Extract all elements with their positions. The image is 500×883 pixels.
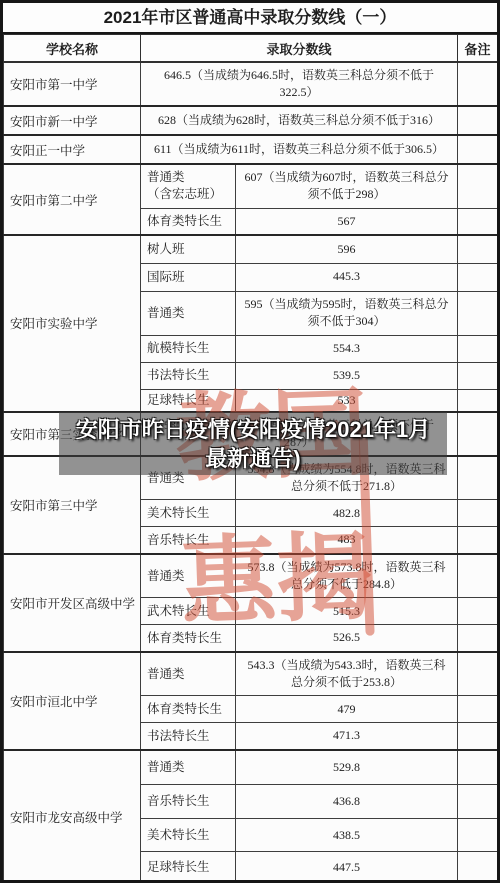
- school-name-cell: 安阳市第二中学: [4, 164, 141, 235]
- score-value-cell: 554.3: [236, 335, 458, 362]
- remark-cell: [458, 106, 498, 135]
- score-value-cell: 483: [236, 527, 458, 554]
- score-value-cell: 479: [236, 696, 458, 723]
- remark-cell: [458, 652, 498, 696]
- category-cell: 体育类特长生: [141, 625, 236, 652]
- category-cell: 体育类特长生: [141, 208, 236, 235]
- category-cell: 书法特长生: [141, 362, 236, 389]
- table-row: 安阳市实验中学树人班596: [4, 235, 498, 263]
- remark-cell: [458, 263, 498, 291]
- remark-cell: [458, 135, 498, 164]
- score-value-cell: 438.5: [236, 819, 458, 852]
- score-value-cell: 471.3: [236, 723, 458, 750]
- score-value-cell: 543.3（当成绩为543.3时，语数英三科 总分须不低于253.8）: [236, 652, 458, 696]
- remark-cell: [458, 852, 498, 883]
- school-name-cell: 安阳市第一中学: [4, 62, 141, 106]
- table-row: 安阳市新一中学628（当成绩为628时，语数英三科总分须不低于316）: [4, 106, 498, 135]
- header-remark: 备注: [458, 35, 498, 63]
- table-row: 安阳市洹北中学普通类543.3（当成绩为543.3时，语数英三科 总分须不低于2…: [4, 652, 498, 696]
- remark-cell: [458, 527, 498, 554]
- remark-cell: [458, 500, 498, 527]
- page-title: 2021年市区普通高中录取分数线（一）: [3, 3, 497, 34]
- remark-cell: [458, 819, 498, 852]
- table-row: 安阳正一中学611（当成绩为611时，语数英三科总分须不低于306.5）: [4, 135, 498, 164]
- remark-cell: [458, 696, 498, 723]
- table-row: 安阳市龙安高级中学普通类529.8: [4, 750, 498, 785]
- header-row: 学校名称 录取分数线 备注: [4, 35, 498, 63]
- category-cell: 普通类: [141, 750, 236, 785]
- header-score: 录取分数线: [141, 35, 458, 63]
- news-headline-banner: 安阳市昨日疫情(安阳疫情2021年1月 最新通告): [59, 412, 447, 475]
- score-table-page: 2021年市区普通高中录取分数线（一） 学校名称 录取分数线 备注 安阳市第一中…: [0, 0, 500, 883]
- score-value-cell: 529.8: [236, 750, 458, 785]
- score-value-cell: 607（当成绩为607时，语数英三科总分 须不低于298）: [236, 164, 458, 208]
- category-cell: 音乐特长生: [141, 785, 236, 819]
- remark-cell: [458, 554, 498, 598]
- school-name-cell: 安阳市开发区高级中学: [4, 554, 141, 652]
- score-value-cell: 539.5: [236, 362, 458, 389]
- banner-line-2: 最新通告): [205, 444, 300, 473]
- category-cell: 普通类: [141, 554, 236, 598]
- score-value-cell: 533: [236, 389, 458, 412]
- category-cell: 普通类: [141, 652, 236, 696]
- score-value-cell: 482.8: [236, 500, 458, 527]
- category-cell: 树人班: [141, 235, 236, 263]
- remark-cell: [458, 785, 498, 819]
- school-name-cell: 安阳市实验中学: [4, 235, 141, 412]
- remark-cell: [458, 335, 498, 362]
- remark-cell: [458, 723, 498, 750]
- category-cell: 航模特长生: [141, 335, 236, 362]
- table-row: 安阳市第二中学普通类 （含宏志班）607（当成绩为607时，语数英三科总分 须不…: [4, 164, 498, 208]
- category-cell: 普通类: [141, 291, 236, 335]
- remark-cell: [458, 291, 498, 335]
- remark-cell: [458, 456, 498, 500]
- school-name-cell: 安阳正一中学: [4, 135, 141, 164]
- school-name-cell: 安阳市洹北中学: [4, 652, 141, 750]
- remark-cell: [458, 750, 498, 785]
- category-cell: 美术特长生: [141, 500, 236, 527]
- table-row: 安阳市开发区高级中学普通类573.8（当成绩为573.8时，语数英三科 总分须不…: [4, 554, 498, 598]
- score-value-cell: 611（当成绩为611时，语数英三科总分须不低于306.5）: [141, 135, 458, 164]
- remark-cell: [458, 208, 498, 235]
- category-cell: 体育类特长生: [141, 696, 236, 723]
- school-name-cell: 安阳市龙安高级中学: [4, 750, 141, 883]
- remark-cell: [458, 389, 498, 412]
- category-cell: 普通类 （含宏志班）: [141, 164, 236, 208]
- header-school: 学校名称: [4, 35, 141, 63]
- remark-cell: [458, 625, 498, 652]
- remark-cell: [458, 235, 498, 263]
- score-value-cell: 515.3: [236, 598, 458, 625]
- score-value-cell: 596: [236, 235, 458, 263]
- score-value-cell: 526.5: [236, 625, 458, 652]
- remark-cell: [458, 362, 498, 389]
- category-cell: 书法特长生: [141, 723, 236, 750]
- remark-cell: [458, 62, 498, 106]
- category-cell: 音乐特长生: [141, 527, 236, 554]
- school-name-cell: 安阳市新一中学: [4, 106, 141, 135]
- category-cell: 足球特长生: [141, 389, 236, 412]
- remark-cell: [458, 164, 498, 208]
- score-value-cell: 573.8（当成绩为573.8时，语数英三科 总分须不低于284.8）: [236, 554, 458, 598]
- score-value-cell: 595（当成绩为595时，语数英三科总分 须不低于304）: [236, 291, 458, 335]
- remark-cell: [458, 598, 498, 625]
- score-value-cell: 447.5: [236, 852, 458, 883]
- category-cell: 美术特长生: [141, 819, 236, 852]
- category-cell: 武术特长生: [141, 598, 236, 625]
- score-value-cell: 567: [236, 208, 458, 235]
- score-value-cell: 646.5（当成绩为646.5时，语数英三科总分须不低于 322.5）: [141, 62, 458, 106]
- remark-cell: [458, 412, 498, 456]
- category-cell: 国际班: [141, 263, 236, 291]
- score-value-cell: 445.3: [236, 263, 458, 291]
- table-row: 安阳市第一中学646.5（当成绩为646.5时，语数英三科总分须不低于 322.…: [4, 62, 498, 106]
- banner-line-1: 安阳市昨日疫情(安阳疫情2021年1月: [76, 415, 431, 444]
- score-value-cell: 436.8: [236, 785, 458, 819]
- category-cell: 足球特长生: [141, 852, 236, 883]
- score-value-cell: 628（当成绩为628时，语数英三科总分须不低于316）: [141, 106, 458, 135]
